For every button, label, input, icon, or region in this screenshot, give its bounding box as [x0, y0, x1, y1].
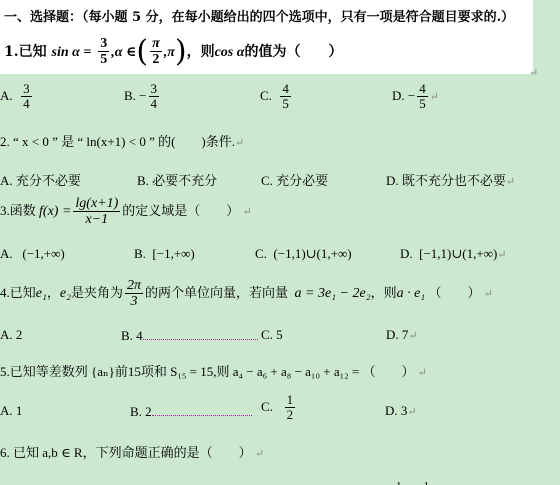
q1-option-c[interactable]: C. 45 — [260, 82, 293, 112]
q4-option-a[interactable]: A. 2 — [0, 327, 22, 343]
question-6-stem: 6. 已知 a,b ∈ R，下列命题正确的是（ ） ↵ — [0, 442, 264, 461]
section-header: 一、选择题：（每小题 5 分，在每小题给出的四个选项中，只有一项是符合题目要求的… — [4, 6, 514, 25]
question-5-stem: 5.已知等差数列 {aₙ}前15项和 S₁₅ = 15,则 a₄ − a₆ + … — [0, 361, 427, 380]
q2-option-a[interactable]: A. 充分不必要 — [0, 170, 81, 189]
q5-option-d[interactable]: D. 3↵ — [385, 403, 417, 419]
question-4-stem: 4.已知e₁，e₂是夹角为2π3的两个单位向量，若向量 a = 3e₁ − 2e… — [0, 278, 493, 310]
paragraph-mark: ↵ — [529, 66, 538, 79]
q3-option-a[interactable]: A. (−1,+∞) — [0, 246, 65, 262]
question-number: 1. — [4, 44, 19, 60]
q1-option-a[interactable]: A. 34 — [0, 82, 34, 112]
q1-option-d[interactable]: D. −45↵ — [392, 82, 439, 112]
question-1-stem: 1.已知 sin α = 35,α ∈(π2,π)，则cos α的值为（ ） — [4, 36, 343, 68]
dotted-underline — [152, 403, 252, 416]
q2-option-c[interactable]: C. 充分必要 — [261, 170, 328, 189]
cut-off-fraction-fragment: 1 1 — [396, 477, 429, 485]
q5-option-b[interactable]: B. 2 — [130, 403, 252, 420]
q2-option-d[interactable]: D. 既不充分也不必要↵ — [386, 170, 515, 189]
q3-option-d[interactable]: D. [−1,1)∪(1,+∞)↵ — [400, 246, 507, 262]
q5-option-a[interactable]: A. 1 — [0, 403, 22, 419]
q5-option-c[interactable]: C. 12 — [261, 393, 297, 423]
q4-option-d[interactable]: D. 7↵ — [386, 327, 418, 343]
q1-option-b[interactable]: B. −34 — [124, 82, 161, 112]
q2-option-b[interactable]: B. 必要不充分 — [137, 170, 217, 189]
q4-option-c[interactable]: C. 5 — [261, 327, 283, 343]
q4-option-b[interactable]: B. 4 — [121, 327, 258, 344]
question-2-stem: 2. “ x < 0 ” 是 “ ln(x+1) < 0 ” 的( )条件.↵ — [0, 131, 244, 150]
dotted-underline — [143, 327, 258, 340]
question-3-stem: 3.函数 f(x) =lg(x+1)x−1的定义域是（ ） ↵ — [0, 196, 252, 228]
q3-option-b[interactable]: B. [−1,+∞) — [134, 246, 195, 262]
q3-option-c[interactable]: C. (−1,1)∪(1,+∞) — [255, 246, 352, 262]
